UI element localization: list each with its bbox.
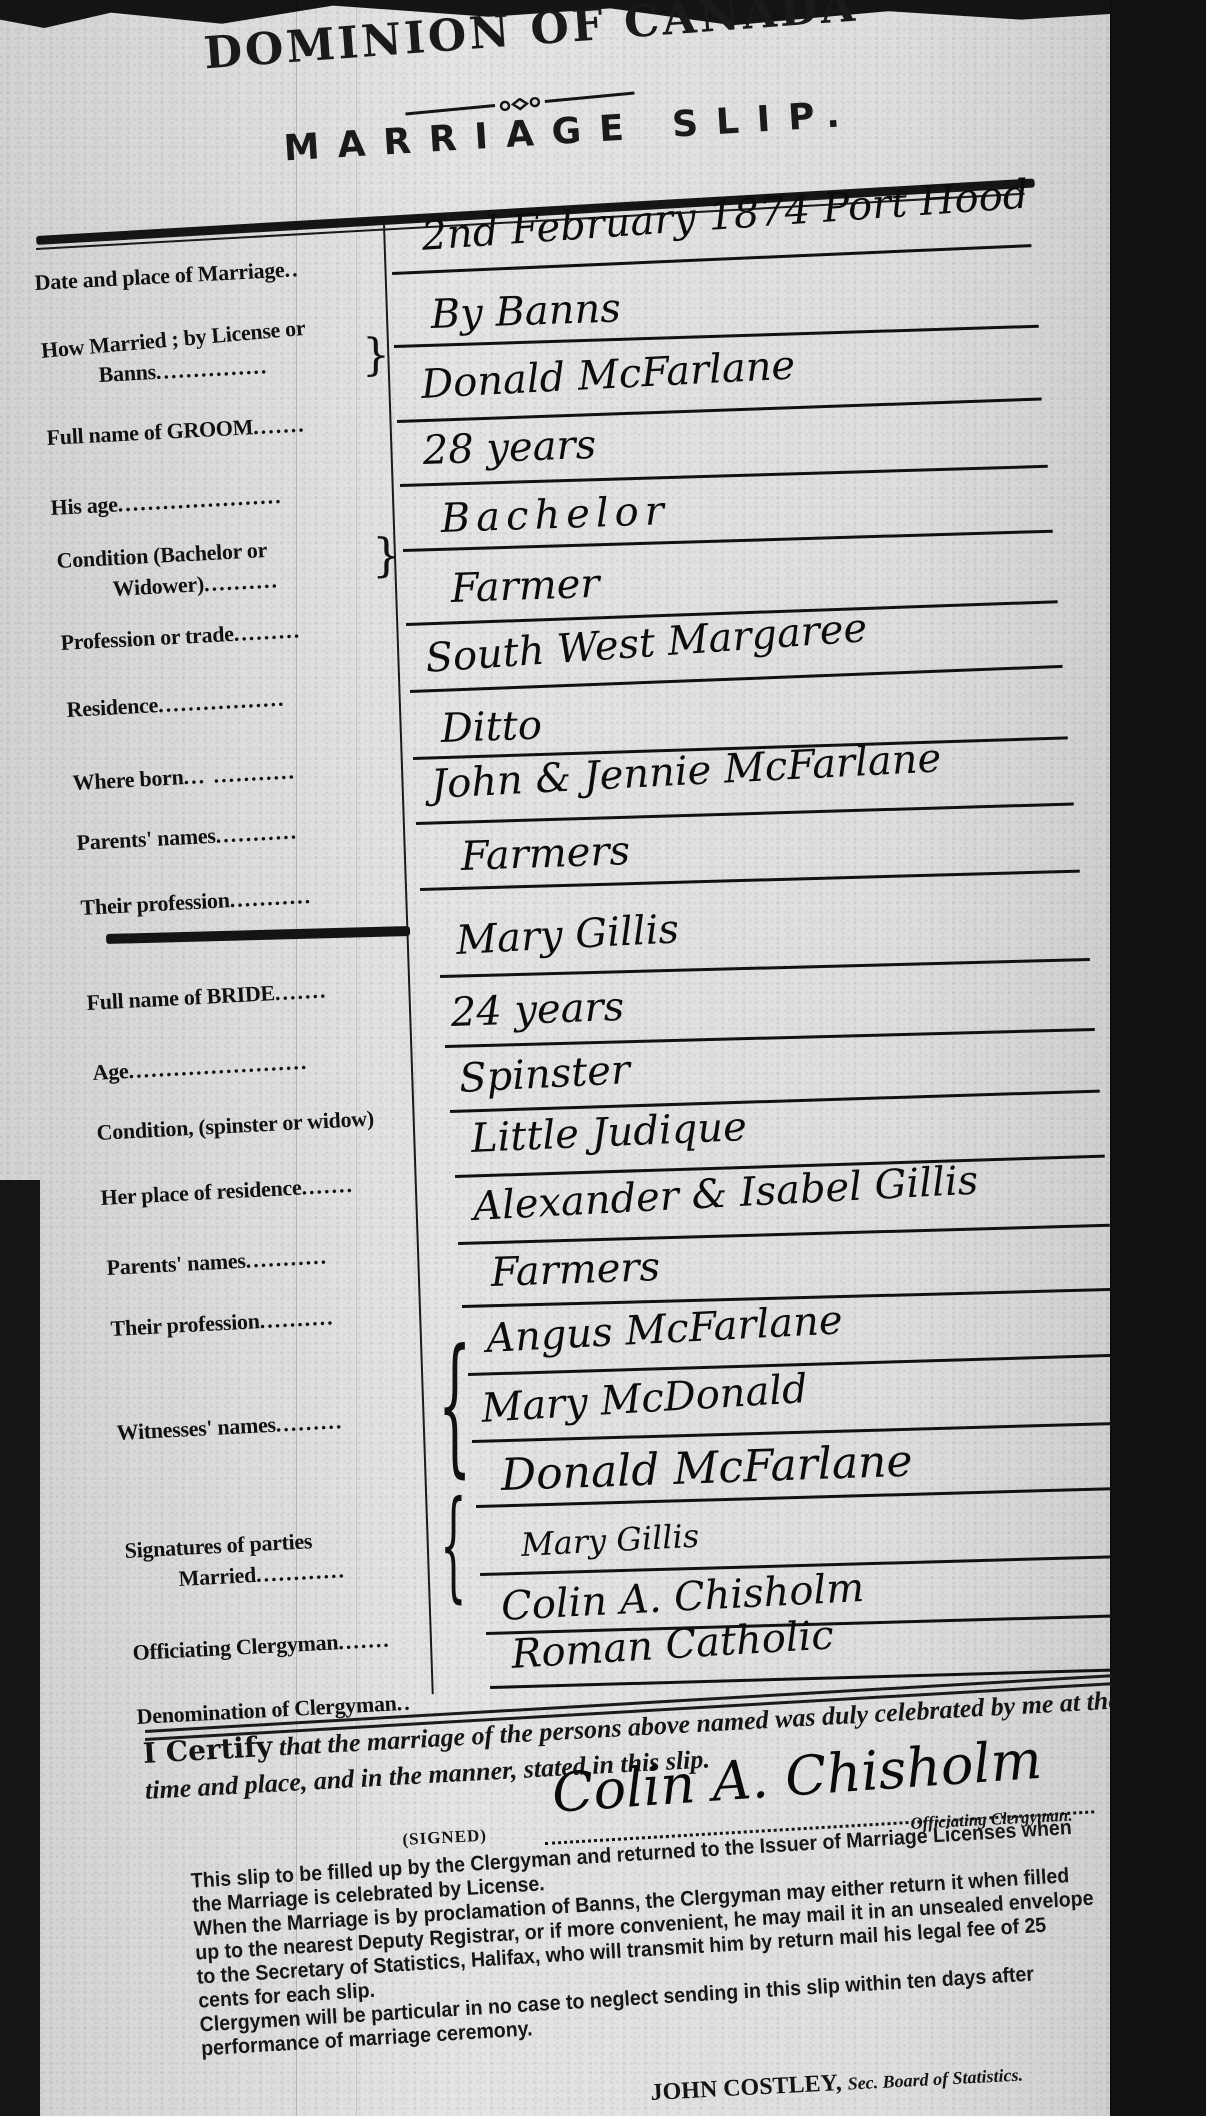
field-label: His age: [50, 491, 118, 519]
instructions-block: This slip to be filled up by the Clergym…: [155, 1815, 1104, 2064]
field-value-groom-profession: Farmer: [450, 561, 600, 612]
scan-background-edge: [0, 1180, 40, 2116]
field-label: Age: [92, 1058, 129, 1085]
field-label: Parents' names: [76, 823, 216, 855]
field-label: Full name of GROOM: [46, 414, 254, 450]
field-label: Date and place of Marriage: [34, 257, 285, 295]
field-label: Full name of BRIDE: [86, 980, 275, 1015]
field-label: Profession or trade: [60, 621, 234, 655]
field-label: Condition, (spinster or widow): [96, 1105, 374, 1144]
answer-line: [416, 802, 1074, 825]
secretary-name: JOHN COSTLEY,: [650, 2070, 842, 2106]
scan-background-edge: [1112, 0, 1206, 2116]
field-value-groom-condition: Bachelor: [440, 488, 671, 542]
field-label: Their profession: [110, 1308, 260, 1341]
field-label: Residence: [66, 692, 159, 722]
brace-icon: }: [362, 330, 390, 381]
brace-icon: {: [438, 1318, 471, 1492]
field-value-bride-parents-profession: Farmers: [490, 1244, 661, 1296]
answer-line: [440, 958, 1090, 978]
marriage-slip-paper: DOMINION OF CANADA MARRIAGE SLIP. Date a…: [0, 0, 1110, 2116]
paper-fold-line: [356, 0, 357, 2116]
field-label: Her place of residence: [100, 1174, 302, 1209]
witness-name-2: Mary McDonald: [480, 1366, 809, 1432]
signed-label: (SIGNED): [402, 1826, 487, 1850]
field-value-groom-parents-profession: Farmers: [460, 828, 631, 880]
field-label: Officiating Clergyman: [132, 1629, 339, 1665]
field-value-how-married: By Banns: [430, 285, 621, 338]
answer-line: [458, 1224, 1110, 1245]
brace-icon: }: [372, 528, 401, 582]
field-label: Condition (Bachelor or: [56, 537, 268, 573]
field-value-bride-condition: Spinster: [458, 1047, 631, 1102]
certify-prefix: I Certify: [142, 1730, 273, 1770]
field-label: Signatures of parties: [124, 1528, 313, 1563]
secretary-title: Sec. Board of Statistics.: [847, 2064, 1023, 2093]
brace-icon: {: [440, 1476, 467, 1615]
board-secretary-signature: JOHN COSTLEY, Sec. Board of Statistics.: [650, 2060, 1024, 2106]
field-value-groom-name: Donald McFarlane: [420, 342, 796, 408]
section-divider-bar: [106, 926, 410, 944]
field-value-groom-age: 28 years: [422, 422, 597, 474]
signature-groom: Donald McFarlane: [500, 1436, 913, 1501]
field-value-groom-birthplace: Ditto: [440, 702, 543, 752]
field-value-bride-age: 24 years: [450, 984, 625, 1036]
witness-name-1: Angus McFarlane: [485, 1297, 844, 1362]
field-label: Where born: [72, 764, 184, 795]
field-value-date-place: 2nd February 1874 Port Hood: [420, 172, 1030, 260]
field-value-bride-name: Mary Gillis: [455, 906, 680, 964]
field-label: Witnesses' names: [116, 1412, 276, 1445]
field-value-bride-residence: Little Judique: [470, 1104, 748, 1162]
signature-bride: Mary Gillis: [520, 1517, 700, 1564]
field-label: Their profession: [80, 887, 230, 920]
field-label: Parents' names: [106, 1248, 246, 1280]
